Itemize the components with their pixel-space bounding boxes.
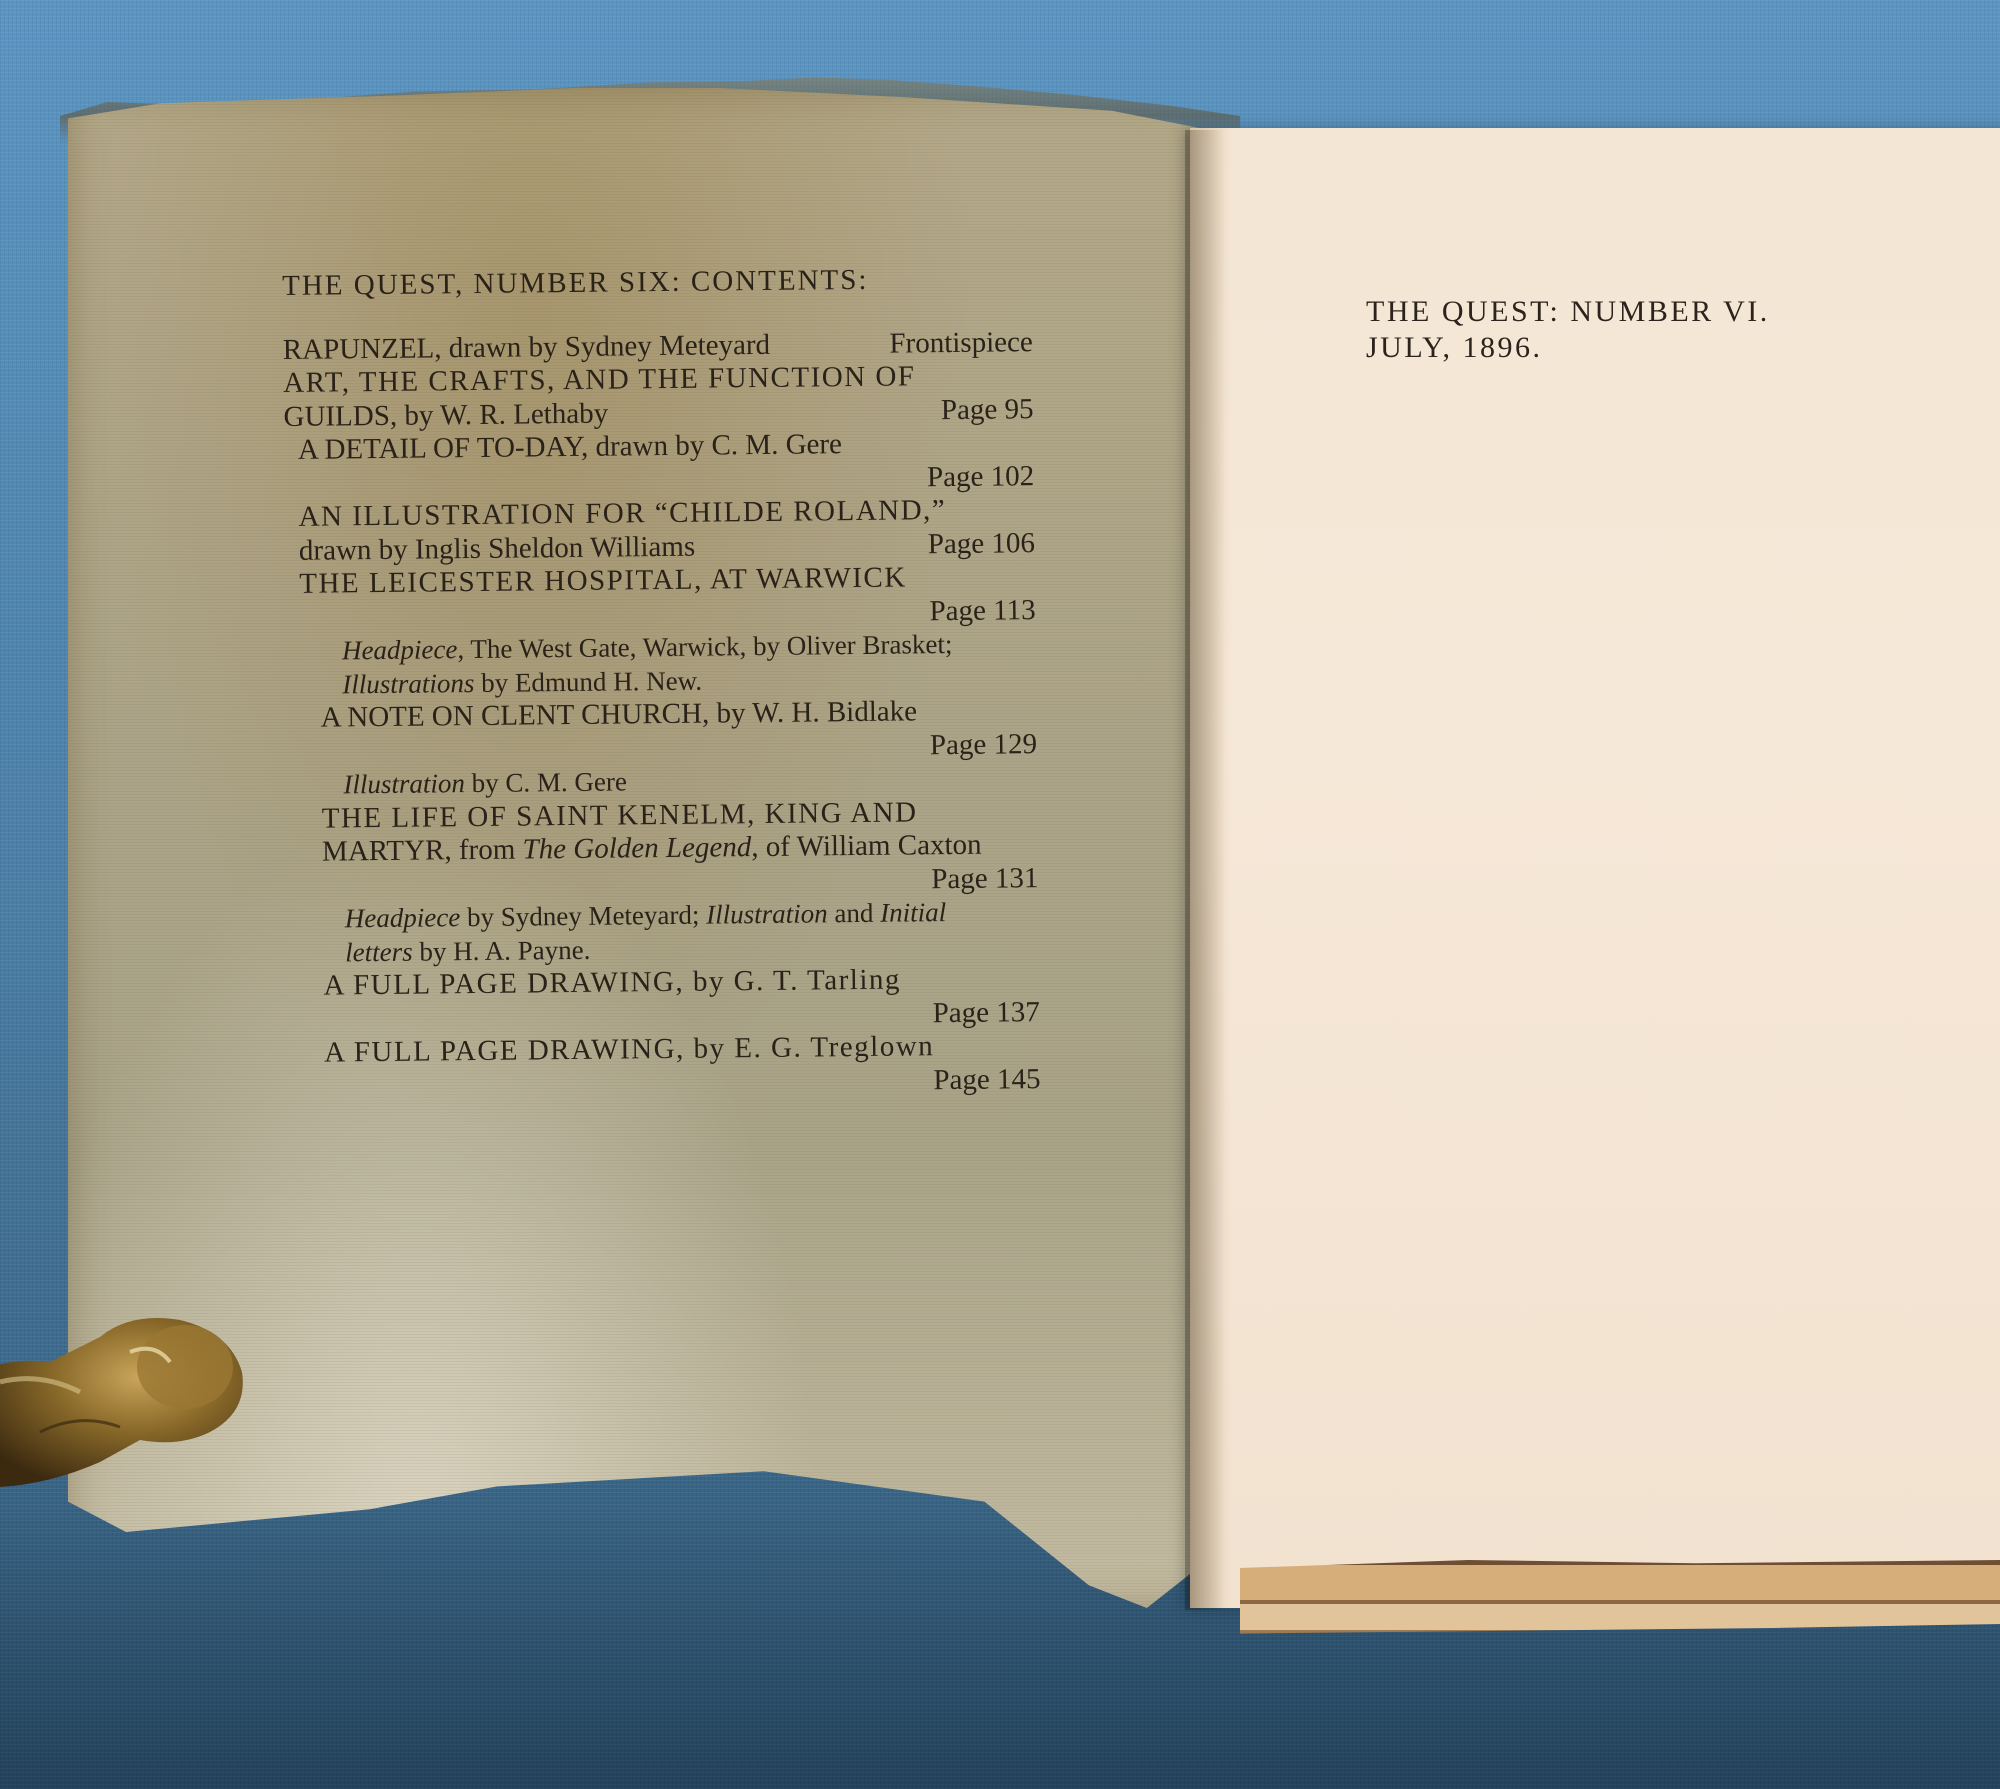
title-text: MARTYR, from [322,834,523,868]
entry-note: Headpiece, The West Gate, Warwick, by Ol… [286,627,1037,702]
entry-page: Frontispiece [889,326,1033,361]
entry-title: A DETAIL OF TO-DAY, drawn by C. M. Gere [298,428,842,467]
note-italic: Illustration [343,768,465,799]
entry-title: drawn by Inglis Sheldon Williams [299,530,696,568]
entry-page: Page 145 [933,1063,1040,1098]
entry-title: A FULL PAGE DRAWING, by E. G. Treglown [324,1030,934,1070]
entry-page: Page 113 [929,594,1035,629]
title-italic: The Golden Legend [522,831,751,865]
entry-page: Page 95 [941,393,1034,427]
contents-heading: THE QUEST, NUMBER SIX: CONTENTS: [282,262,1032,303]
entry-title: MARTYR, from The Golden Legend, of Willi… [322,829,982,869]
entry-page: Page 137 [933,996,1040,1031]
note-text: and [828,898,881,929]
entry-note: Headpiece by Sydney Meteyard; Illustrati… [289,895,1040,970]
contents-list: THE QUEST, NUMBER SIX: CONTENTS: RAPUNZE… [282,262,1041,1104]
entry-page: Page 129 [930,728,1037,763]
entry-page: Page 106 [928,527,1035,562]
note-text: , The West Gate, Warwick, by Oliver Bras… [457,629,952,664]
entry-page: Page 102 [927,460,1034,495]
note-text: by C. M. Gere [465,766,627,798]
brass-bust-paperweight-icon [0,1262,280,1492]
book-spine-shadow [1185,130,1225,1610]
entry-page: Page 131 [931,862,1038,897]
issue-title: THE QUEST: NUMBER VI. [1366,294,1770,330]
note-text: by Edmund H. New. [474,665,702,697]
note-italic: Illustration [706,898,828,929]
title-page-text: THE QUEST: NUMBER VI. JULY, 1896. [1366,294,1770,366]
note-italic: Headpiece [342,634,458,665]
note-text: by H. A. Payne. [412,934,590,966]
issue-date: JULY, 1896. [1366,330,1770,366]
entry-title: AN ILLUSTRATION FOR “CHILDE ROLAND,” [298,494,946,534]
entry-title: GUILDS, by W. R. Lethaby [283,397,608,434]
entry-title: THE LEICESTER HOSPITAL, AT WARWICK [299,561,907,601]
note-italic: letters [345,936,413,967]
entry-title: A NOTE ON CLENT CHURCH, by W. H. Bidlake [321,695,918,735]
entry-title: RAPUNZEL, drawn by Sydney Meteyard [283,328,771,367]
title-text: , of William Caxton [751,829,982,863]
entry-title: A FULL PAGE DRAWING, by G. T. Tarling [323,964,901,1004]
note-italic: Initial [880,897,946,928]
entry-title: ART, THE CRAFTS, AND THE FUNCTION OF [283,360,916,400]
note-italic: Headpiece [345,902,461,933]
note-italic: Illustrations [342,668,474,699]
note-text: by Sydney Meteyard; [460,900,706,933]
